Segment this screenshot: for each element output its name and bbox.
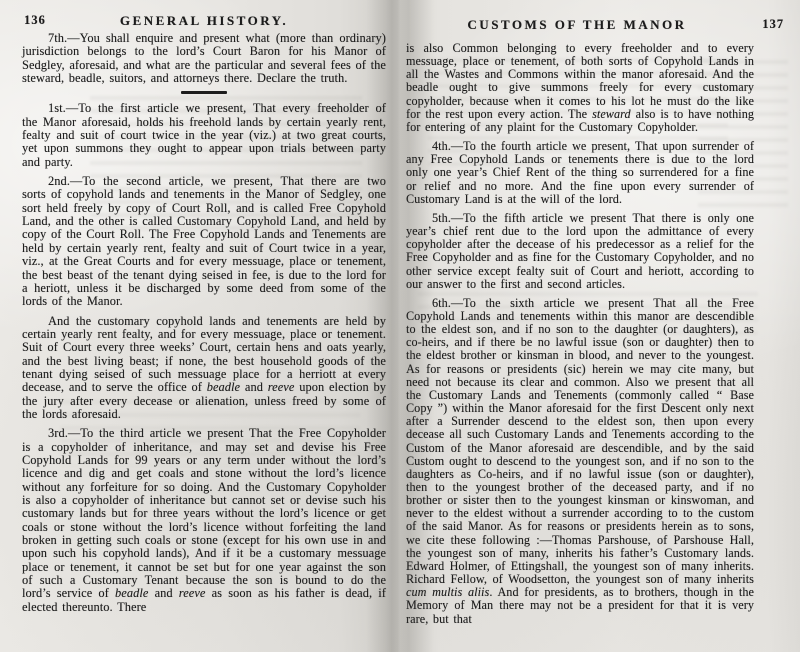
- running-title: GENERAL HISTORY.: [22, 13, 386, 29]
- paragraph-7th: 7th.—You shall enquire and present what …: [22, 32, 386, 85]
- italic-term: reeve: [179, 586, 206, 600]
- italic-term: steward: [592, 107, 631, 121]
- paragraph-customary: And the customary copyhold lands and ten…: [22, 315, 386, 422]
- italic-term: beadle: [115, 586, 148, 600]
- running-title: CUSTOMS OF THE MANOR: [406, 17, 792, 33]
- paragraph-1st: 1st.—To the first article we present, Th…: [22, 102, 386, 169]
- section-divider: [181, 91, 227, 94]
- book-spread: 136 GENERAL HISTORY. 7th.—You shall enqu…: [0, 0, 800, 652]
- page-body-right: is also Common belonging to every freeho…: [406, 42, 754, 632]
- italic-term: beadle: [207, 380, 240, 394]
- page-header-right: CUSTOMS OF THE MANOR 137: [406, 17, 792, 37]
- page-left: 136 GENERAL HISTORY. 7th.—You shall enqu…: [0, 0, 398, 652]
- page-number: 136: [24, 13, 46, 28]
- paragraph-continuation: is also Common belonging to every freeho…: [406, 42, 754, 134]
- paragraph-4th: 4th.—To the fourth article we present, T…: [406, 140, 754, 206]
- italic-term: cum multis aliis: [406, 585, 489, 599]
- paragraph-2nd: 2nd.—To the second article, we present, …: [22, 175, 386, 308]
- paragraph-3rd: 3rd.—To the third article we present Tha…: [22, 427, 386, 614]
- paragraph-5th: 5th.—To the fifth article we present Tha…: [406, 212, 754, 291]
- italic-term: reeve: [268, 380, 295, 394]
- paragraph-6th: 6th.—To the sixth article we present Tha…: [406, 297, 754, 626]
- page-header-left: 136 GENERAL HISTORY.: [22, 13, 386, 33]
- page-body-left: 7th.—You shall enquire and present what …: [22, 32, 386, 620]
- page-number: 137: [762, 17, 784, 32]
- page-right: CUSTOMS OF THE MANOR 137 is also Common …: [398, 0, 800, 652]
